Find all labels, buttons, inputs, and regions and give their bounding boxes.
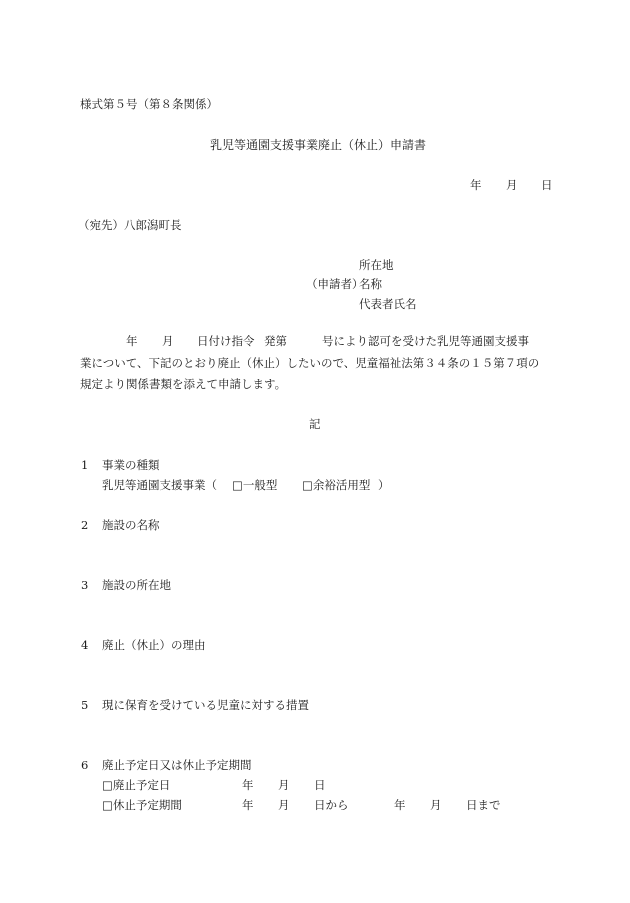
suspend-from-day: 日から (314, 797, 349, 813)
item-number: 2 (81, 517, 88, 533)
body-day-directive: 日付け指令 (197, 333, 255, 349)
suspend-from-year: 年 (242, 797, 254, 813)
applicant-address-label: 所在地 (359, 257, 394, 273)
body-line3: 規定より関係書類を添えて申請します。 (80, 376, 286, 392)
date-month: 月 (506, 177, 518, 193)
abolish-date-checkbox[interactable]: □廃止予定日 (102, 777, 170, 793)
abolish-year: 年 (242, 777, 254, 793)
ki-heading: 記 (309, 416, 321, 432)
abolish-month: 月 (278, 777, 290, 793)
addressee: （宛先）八郎潟町長 (78, 217, 182, 233)
item-number: 1 (81, 457, 88, 473)
suspend-from-month: 月 (278, 797, 290, 813)
item-label: 施設の名称 (102, 517, 160, 533)
item-label: 廃止（休止）の理由 (102, 637, 206, 653)
suspend-period-checkbox[interactable]: □休止予定期間 (102, 797, 182, 813)
item-number: 5 (81, 697, 88, 713)
item-label: 施設の所在地 (102, 577, 171, 593)
suspend-until-day: 日まで (466, 797, 501, 813)
body-line2: 業について、下記のとおり廃止（休止）したいので、児童福祉法第３４条の１５第７項の (80, 355, 539, 371)
date-day: 日 (541, 177, 553, 193)
applicant-name-label: 名称 (359, 276, 382, 292)
suspend-until-year: 年 (394, 797, 406, 813)
form-number: 様式第５号（第８条関係） (80, 96, 218, 112)
body-year: 年 (126, 333, 138, 349)
suspend-until-month: 月 (430, 797, 442, 813)
business-type-general-checkbox[interactable]: □一般型 (232, 477, 277, 493)
item-number: 6 (81, 757, 88, 773)
item-number: 3 (81, 577, 88, 593)
document-title: 乳児等通園支援事業廃止（休止）申請書 (210, 137, 426, 153)
business-type-suffix: ） (378, 477, 390, 493)
applicant-label: （申請者） (306, 276, 364, 292)
applicant-representative-label: 代表者氏名 (359, 296, 417, 312)
business-type-surplus-checkbox[interactable]: □余裕活用型 (302, 477, 370, 493)
item-number: 4 (81, 637, 88, 653)
item-label: 廃止予定日又は休止予定期間 (102, 757, 252, 773)
body-month: 月 (162, 333, 174, 349)
date-year: 年 (470, 177, 482, 193)
item-label: 事業の種類 (102, 457, 160, 473)
body-issue: 発第 (264, 333, 287, 349)
abolish-day: 日 (314, 777, 326, 793)
item-label: 現に保育を受けている児童に対する措置 (102, 697, 309, 713)
body-line1-rest: 号により認可を受けた乳児等通園支援事 (322, 333, 529, 349)
business-type-prefix: 乳児等通園支援事業（ (102, 477, 217, 493)
